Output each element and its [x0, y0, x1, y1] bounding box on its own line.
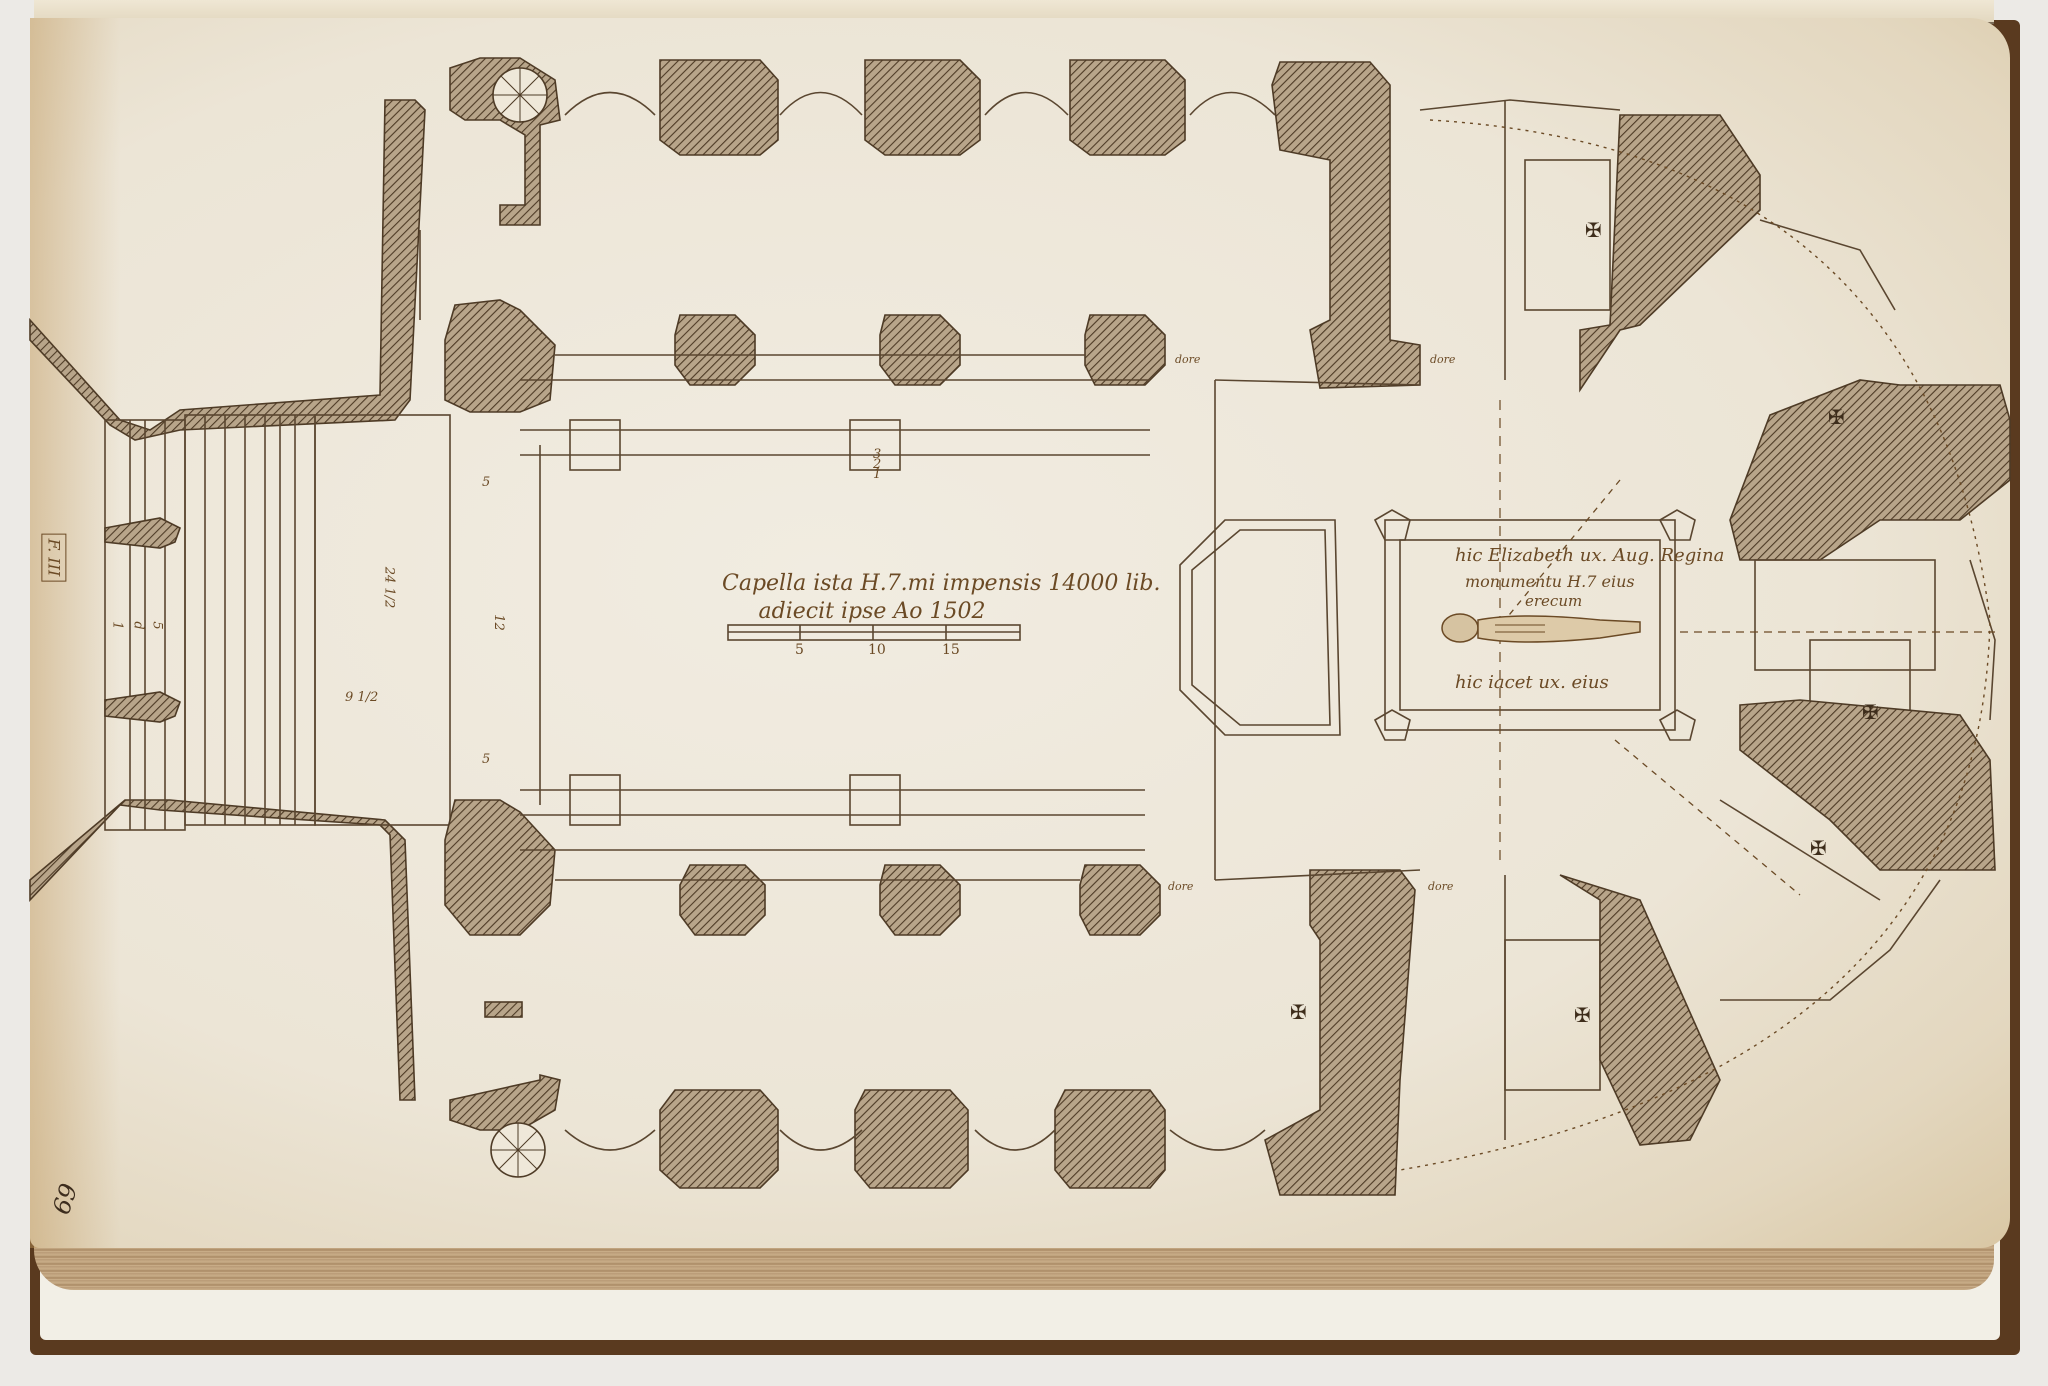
chapel-floor-plan: [0, 0, 2048, 1386]
altar-cross-icon: ✠: [1585, 218, 1602, 242]
altar-cross-icon: ✠: [1810, 836, 1827, 860]
narthex-dimension-mid: 12: [491, 614, 506, 631]
scale-label-15: 15: [942, 642, 960, 658]
tomb-inscription-3: erecum: [1525, 592, 1582, 610]
south-nave-piers: [445, 775, 1160, 935]
tomb-inscription-2: monumentu H.7 eius: [1465, 572, 1635, 591]
effigy-sketch: [1442, 614, 1640, 642]
scale-label-5: 5: [795, 642, 804, 658]
stall-step-1: 1: [873, 467, 881, 482]
narthex-dimension-top: 5: [482, 475, 490, 490]
tomb-inscription-4: hic iacet ux. eius: [1455, 672, 1609, 693]
door-label-north-2: dore: [1430, 353, 1455, 366]
porch-dimension-b: 9 1/2: [345, 690, 378, 705]
door-label-south-2: dore: [1428, 880, 1453, 893]
door-label-north-1: dore: [1175, 353, 1200, 366]
scale-label-10: 10: [868, 642, 886, 658]
door-label-south-1: dore: [1168, 880, 1193, 893]
chapel-caption: Capella ista H.7.mi impensis 14000 lib. …: [722, 570, 1022, 626]
altar-cross-icon: ✠: [1862, 700, 1879, 724]
book-photograph: Capella ista H.7.mi impensis 14000 lib. …: [0, 0, 2048, 1386]
tomb-inscription-1: hic Elizabeth ux. Aug. Regina: [1455, 545, 1724, 566]
altar-cross-icon: ✠: [1828, 405, 1845, 429]
caption-line-2: adiecit ipse Ao 1502: [722, 598, 1022, 626]
altar-cross-icon: ✠: [1290, 1000, 1307, 1024]
west-porch-walls: [30, 100, 425, 1100]
scale-bar: [728, 625, 1020, 640]
west-step-dim-2: d: [131, 621, 146, 629]
margin-shelfmark: F. III: [41, 534, 66, 582]
west-step-dim-1: 1: [110, 621, 125, 629]
narthex-dimension-bottom: 5: [482, 752, 490, 767]
porch-dimension-a: 24 1/2: [381, 567, 396, 609]
north-nave-piers: [445, 300, 1165, 470]
caption-line-1: Capella ista H.7.mi impensis 14000 lib.: [722, 570, 1022, 598]
west-step-dim-3: 5: [150, 621, 165, 629]
altar-cross-icon: ✠: [1574, 1003, 1591, 1027]
